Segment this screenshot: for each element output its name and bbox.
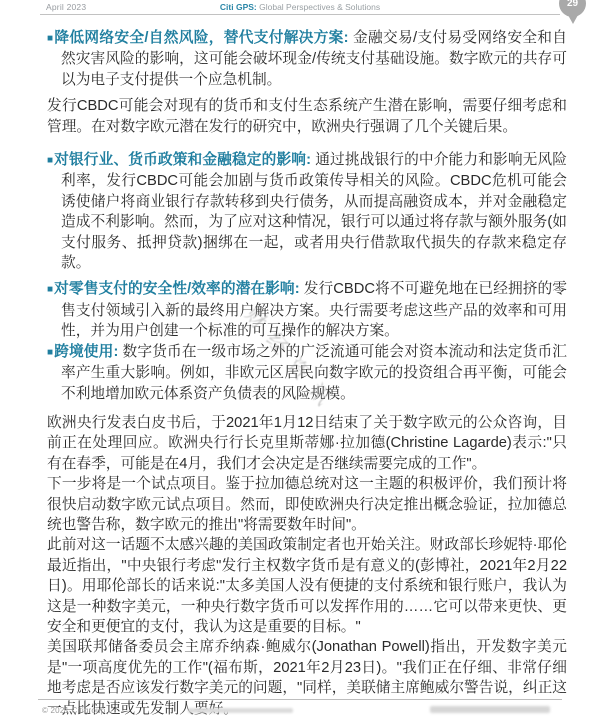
header-title: Citi GPS: Global Perspectives & Solution… (40, 2, 560, 12)
paragraph-pilot-project: 下一步将是一个试点项目。鉴于拉加德总统对这一主题的积极评价，我们预计将很快启动数… (47, 474, 567, 535)
bullet-cross-border: ■跨境使用: 数字货币在一级市场之外的广泛流通可能会对资本流动和法定货币汇率产生… (47, 342, 567, 404)
bullet-cyber-risk: ■降低网络安全/自然风险，替代支付解决方案: 金融交易/支付易受网络安全和自然灾… (47, 28, 567, 90)
report-page: April 2023 Citi GPS: Global Perspectives… (0, 0, 600, 717)
page-header: April 2023 Citi GPS: Global Perspectives… (40, 0, 560, 15)
footer-illegible-text-left (188, 708, 293, 713)
bullet-retail-payments: ■对零售支付的安全性/效率的潜在影响: 发行CBDC将不可避免地在已经拥挤的零售… (47, 279, 567, 341)
page-footer: © 2021 Citigroup (38, 699, 562, 717)
footer-copyright: © 2021 Citigroup (42, 706, 105, 715)
bullet-heading: 对银行业、货币政策和金融稳定的影响: (54, 152, 311, 168)
citi-gps-brand: Citi GPS: (220, 2, 257, 12)
bullet-heading: 跨境使用: (54, 344, 118, 360)
page-number-bubble-tail-icon (568, 15, 578, 24)
bullet-heading: 对零售支付的安全性/效率的潜在影响: (54, 281, 299, 297)
footer-illegible-text-right (430, 706, 550, 713)
bullet-banking-impact: ■对银行业、货币政策和金融稳定的影响: 通过挑战银行的中介能力和影响无风险利率，… (47, 150, 567, 273)
bullet-heading: 降低网络安全/自然风险，替代支付解决方案: (54, 30, 348, 46)
bullet-body: 数字货币在一级市场之外的广泛流通可能会对资本流动和法定货币汇率产生重大影响。例如… (61, 344, 567, 402)
page-number: 29 (567, 0, 578, 9)
header-title-rest: Global Perspectives & Solutions (257, 2, 380, 12)
paragraph-ecb-whitepaper: 欧洲央行发表白皮书后，于2021年1月12日结束了关于数字欧元的公众咨询，目前正… (47, 413, 567, 474)
bullet-body: 通过挑战银行的中介能力和影响无风险利率，发行CBDC可能会加剧与货币政策传导相关… (61, 152, 567, 271)
paragraph-us-policymakers: 此前对这一话题不太感兴趣的美国政策制定者也开始关注。财政部长珍妮特·耶伦最近指出… (47, 535, 567, 637)
document-body: ■降低网络安全/自然风险，替代支付解决方案: 金融交易/支付易受网络安全和自然灾… (47, 28, 567, 717)
paragraph-cbdc-intro: 发行CBDC可能会对现有的货币和支付生态系统产生潜在影响，需要仔细考虑和管理。在… (47, 96, 567, 137)
